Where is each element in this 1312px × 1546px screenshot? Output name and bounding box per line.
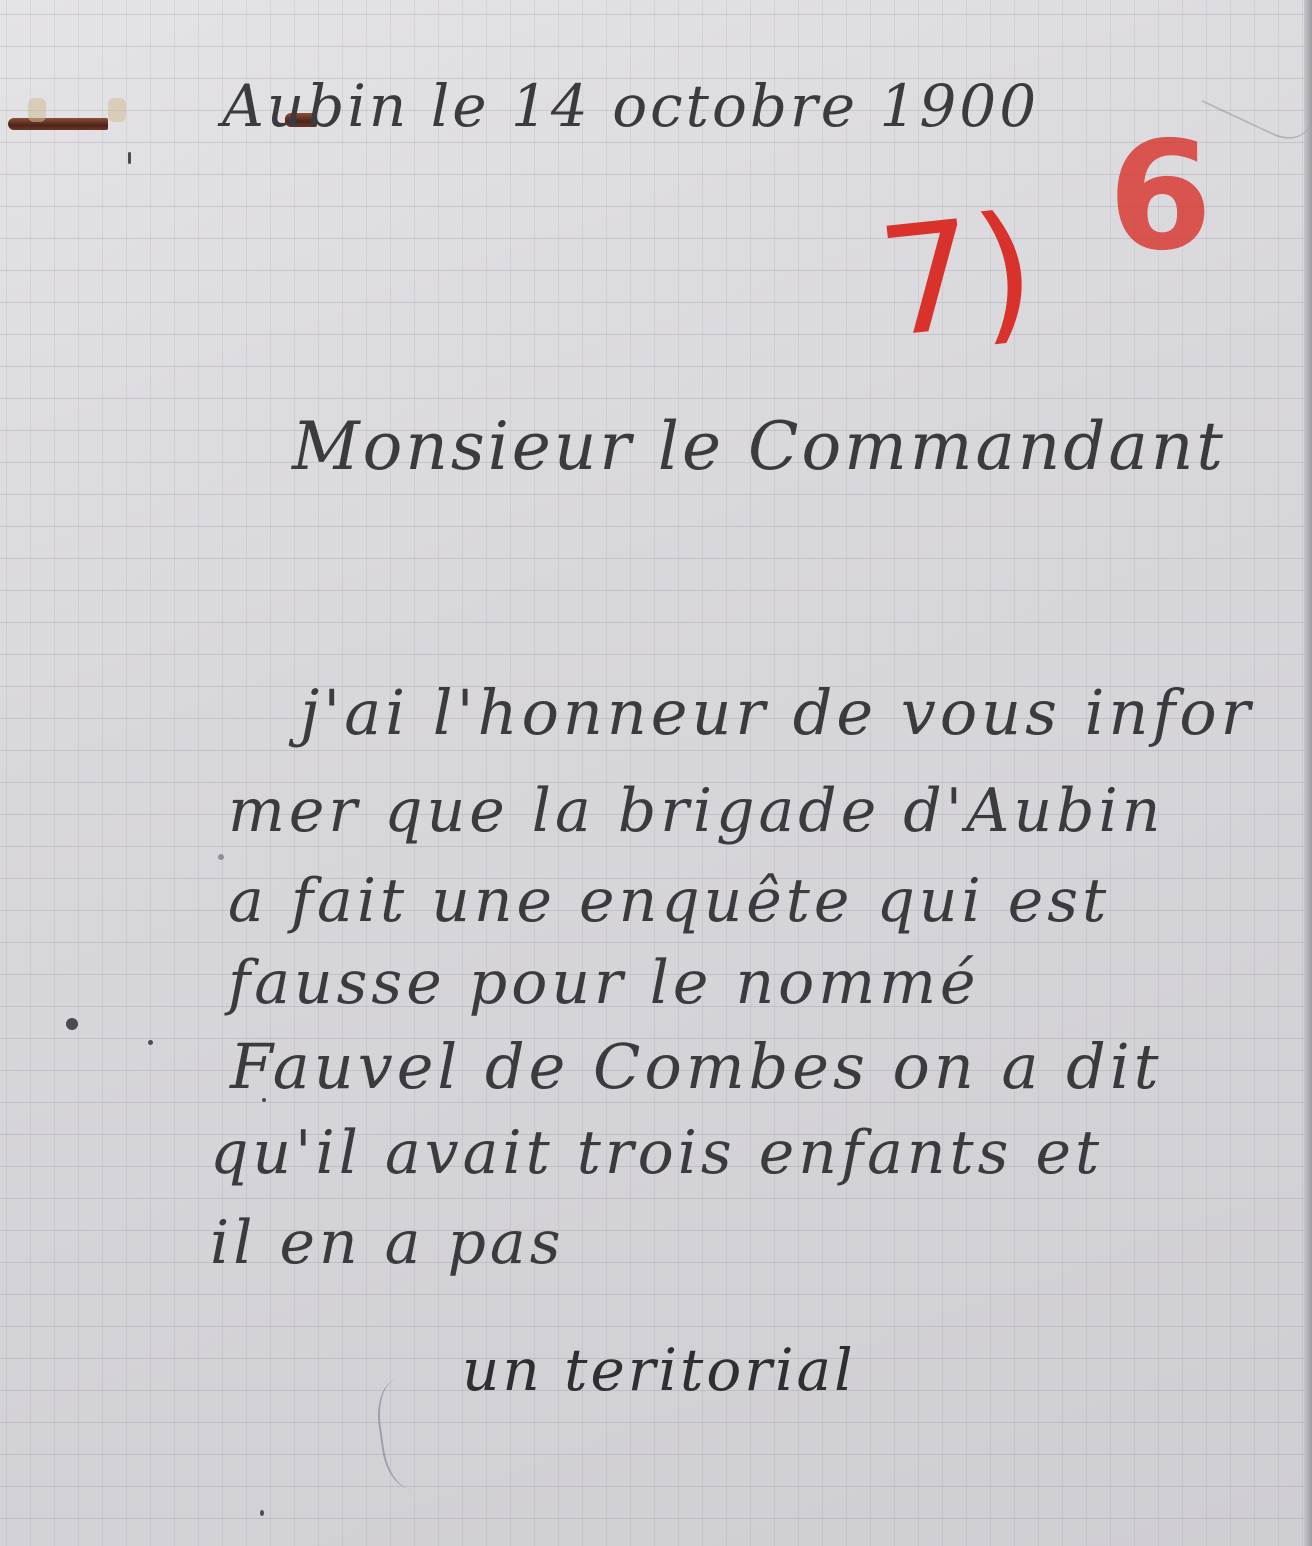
body-line-3: a fait une enquête qui est: [228, 866, 1110, 936]
pin-hole-left: [28, 98, 46, 122]
ink-speck: [260, 1510, 264, 1516]
rusty-pin-left: [8, 118, 108, 130]
body-line-4: fausse pour le nommé: [228, 948, 980, 1018]
ink-speck: [218, 854, 224, 860]
red-annotation-6: 6: [1108, 110, 1212, 284]
ink-speck: [128, 152, 131, 164]
ink-speck: [66, 1018, 78, 1030]
signature: un teritorial: [462, 1336, 856, 1404]
paper-fold: [1202, 20, 1312, 153]
red-annotation-7: 7): [871, 182, 1042, 371]
pin-hole-right: [108, 98, 126, 122]
body-line-5: Fauvel de Combes on a dit: [230, 1030, 1163, 1103]
paper-edge: [1304, 0, 1312, 1546]
paper-tear: [373, 1374, 450, 1492]
body-line-2: mer que la brigade d'Aubin: [228, 776, 1164, 846]
dateline: Aubin le 14 octobre 1900: [222, 72, 1039, 140]
body-line-7: il en a pas: [210, 1208, 565, 1278]
ink-speck: [148, 1040, 153, 1045]
ink-speck: [262, 1098, 266, 1102]
body-line-1: j'ai l'honneur de vous infor: [300, 676, 1254, 749]
salutation: Monsieur le Commandant: [292, 408, 1226, 485]
body-line-6: qu'il avait trois enfants et: [210, 1118, 1103, 1188]
